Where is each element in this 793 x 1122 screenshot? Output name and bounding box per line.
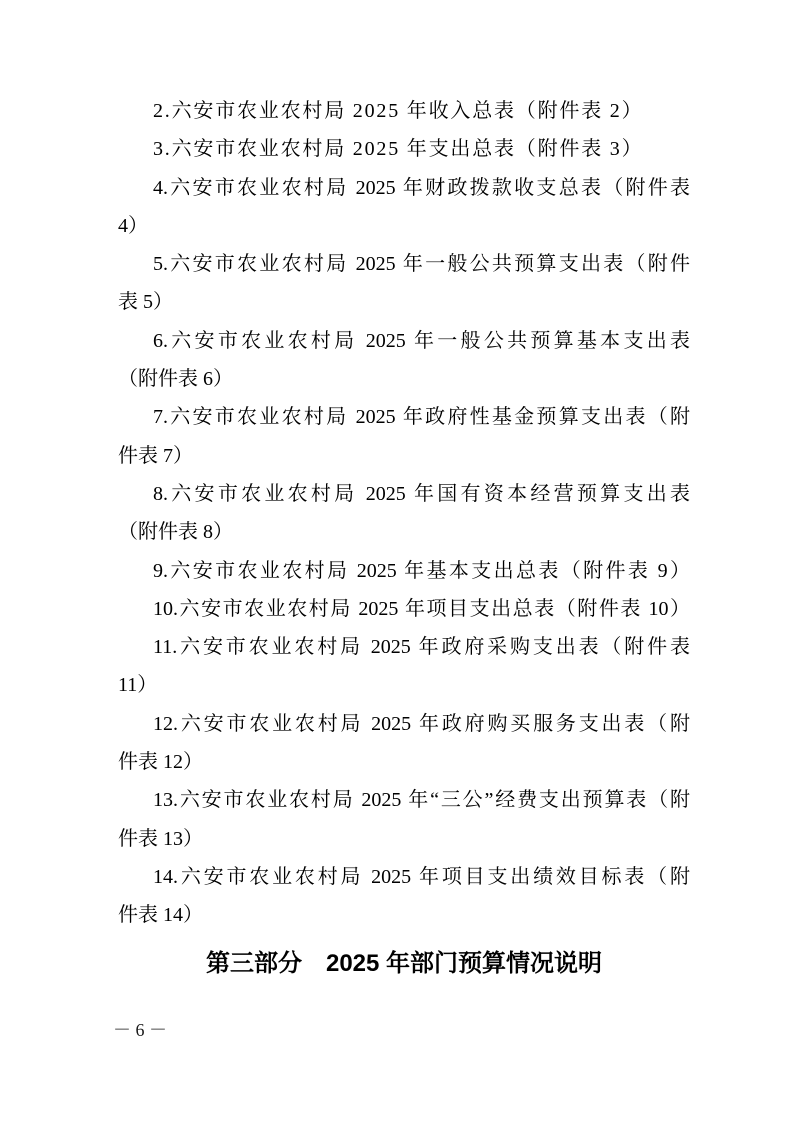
attachment-list-line: 7.六安市农业农村局 2025 年政府性基金预算支出表（附 [118, 398, 690, 436]
document-page: 2.六安市农业农村局 2025 年收入总表（附件表 2） 3.六安市农业农村局 … [0, 0, 793, 1122]
attachment-list-line: 13.六安市农业农村局 2025 年“三公”经费支出预算表（附 [118, 781, 690, 819]
attachment-list-line: （附件表 8） [118, 513, 690, 551]
attachment-list-line: 10.六安市农业农村局 2025 年项目支出总表（附件表 10） [118, 590, 690, 628]
attachment-list-line: 表 5） [118, 283, 690, 321]
attachment-list-line: 3.六安市农业农村局 2025 年支出总表（附件表 3） [118, 130, 690, 168]
attachment-list-line: 12.六安市农业农村局 2025 年政府购买服务支出表（附 [118, 705, 690, 743]
page-number: － 6 － [113, 1016, 167, 1044]
attachment-list: 2.六安市农业农村局 2025 年收入总表（附件表 2） 3.六安市农业农村局 … [118, 92, 690, 983]
attachment-list-line: 9.六安市农业农村局 2025 年基本支出总表（附件表 9） [118, 552, 690, 590]
attachment-list-line: 件表 7） [118, 437, 690, 475]
attachment-list-line: 4） [118, 207, 690, 245]
attachment-list-line: 11.六安市农业农村局 2025 年政府采购支出表（附件表 [118, 628, 690, 666]
attachment-list-line: 6.六安市农业农村局 2025 年一般公共预算基本支出表 [118, 322, 690, 360]
section-heading: 第三部分 2025 年部门预算情况说明 [118, 945, 690, 983]
attachment-list-line: 5.六安市农业农村局 2025 年一般公共预算支出表（附件 [118, 245, 690, 283]
attachment-list-line: 8.六安市农业农村局 2025 年国有资本经营预算支出表 [118, 475, 690, 513]
attachment-list-line: 14.六安市农业农村局 2025 年项目支出绩效目标表（附 [118, 858, 690, 896]
attachment-list-line: 件表 12） [118, 743, 690, 781]
attachment-list-line: 11） [118, 666, 690, 704]
attachment-list-line: 2.六安市农业农村局 2025 年收入总表（附件表 2） [118, 92, 690, 130]
attachment-list-line: 件表 14） [118, 896, 690, 934]
attachment-list-line: 4.六安市农业农村局 2025 年财政拨款收支总表（附件表 [118, 169, 690, 207]
attachment-list-line: （附件表 6） [118, 360, 690, 398]
attachment-list-line: 件表 13） [118, 820, 690, 858]
